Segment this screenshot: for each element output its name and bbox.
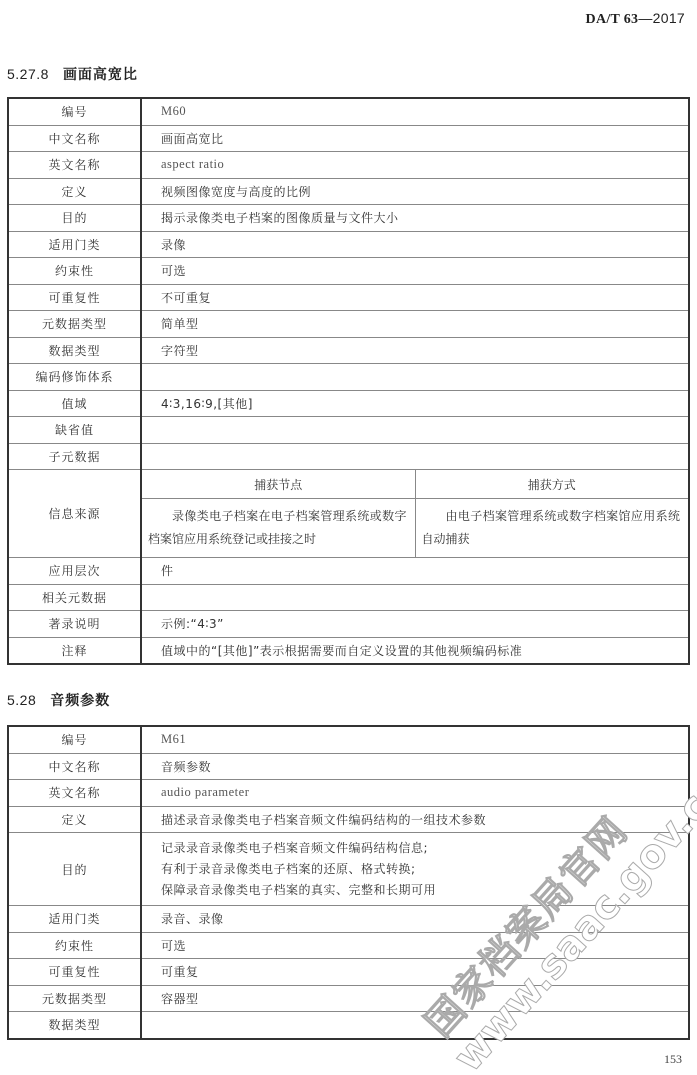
table-row: 约束性可选 (8, 932, 689, 959)
field-label: 信息来源 (8, 470, 141, 558)
field-label: 适用门类 (8, 906, 141, 933)
field-value: 记录录音录像类电子档案音频文件编码结构信息;有利于录音录像类电子档案的还原、格式… (141, 833, 689, 906)
table-row: 缺省值 (8, 417, 689, 444)
field-label: 目的 (8, 205, 141, 232)
field-value: 容器型 (141, 985, 689, 1012)
field-value: 4∶3,16∶9,[其他] (141, 390, 689, 417)
purpose-line: 有利于录音录像类电子档案的还原、格式转换; (161, 859, 688, 880)
field-label: 数据类型 (8, 337, 141, 364)
table-row: 适用门类录像 (8, 231, 689, 258)
field-value: 画面高宽比 (141, 125, 689, 152)
field-label: 著录说明 (8, 611, 141, 638)
field-label: 中文名称 (8, 125, 141, 152)
field-value: 可重复 (141, 959, 689, 986)
table-row-purpose: 目的记录录音录像类电子档案音频文件编码结构信息;有利于录音录像类电子档案的还原、… (8, 833, 689, 906)
table-row: 中文名称音频参数 (8, 753, 689, 780)
field-value: 示例:“4∶3” (141, 611, 689, 638)
field-label: 定义 (8, 806, 141, 833)
section-heading-5-27-8: 5.27.8画面高宽比 (7, 64, 138, 84)
field-value: 不可重复 (141, 284, 689, 311)
field-value: M60 (141, 98, 689, 125)
field-value: 值域中的“[其他]”表示根据需要而自定义设置的其他视频编码标准 (141, 637, 689, 664)
table-row: 相关元数据 (8, 584, 689, 611)
subheader-capture-method: 捕获方式 (415, 470, 688, 499)
table-row: 注释值域中的“[其他]”表示根据需要而自定义设置的其他视频编码标准 (8, 637, 689, 664)
field-value (141, 443, 689, 470)
section-title: 音频参数 (50, 693, 110, 709)
field-value: 录像 (141, 231, 689, 258)
field-label: 适用门类 (8, 231, 141, 258)
field-label: 可重复性 (8, 284, 141, 311)
table-row: 目的揭示录像类电子档案的图像质量与文件大小 (8, 205, 689, 232)
field-label: 编号 (8, 98, 141, 125)
field-label: 中文名称 (8, 753, 141, 780)
field-label: 约束性 (8, 258, 141, 285)
capture-node-value: 录像类电子档案在电子档案管理系统或数字档案馆应用系统登记或挂接之时 (142, 499, 415, 558)
table-row: 可重复性可重复 (8, 959, 689, 986)
table-row: 数据类型 (8, 1012, 689, 1039)
field-label: 元数据类型 (8, 311, 141, 338)
field-value: M61 (141, 726, 689, 753)
field-label: 子元数据 (8, 443, 141, 470)
field-label: 约束性 (8, 932, 141, 959)
subheader-capture-node: 捕获节点 (142, 470, 415, 499)
metadata-table-m61: 编号M61中文名称音频参数英文名称audio parameter定义描述录音录像… (7, 725, 690, 1040)
field-label: 元数据类型 (8, 985, 141, 1012)
field-value (141, 364, 689, 391)
table-row: 元数据类型容器型 (8, 985, 689, 1012)
field-value: 件 (141, 558, 689, 585)
table-row: 著录说明示例:“4∶3” (8, 611, 689, 638)
purpose-line: 保障录音录像类电子档案的真实、完整和长期可用 (161, 880, 688, 901)
table-row: 英文名称audio parameter (8, 780, 689, 807)
field-label: 注释 (8, 637, 141, 664)
table-row: 值域4∶3,16∶9,[其他] (8, 390, 689, 417)
field-label: 相关元数据 (8, 584, 141, 611)
field-label: 定义 (8, 178, 141, 205)
metadata-table-m60: 编号M60中文名称画面高宽比英文名称aspect ratio定义视频图像宽度与高… (7, 97, 690, 665)
section-number: 5.28 (7, 692, 36, 708)
field-label: 英文名称 (8, 780, 141, 807)
info-source-subtable: 捕获节点捕获方式录像类电子档案在电子档案管理系统或数字档案馆应用系统登记或挂接之… (141, 470, 689, 558)
table-row: 适用门类录音、录像 (8, 906, 689, 933)
field-label: 值域 (8, 390, 141, 417)
table-row: 定义视频图像宽度与高度的比例 (8, 178, 689, 205)
table-row: 可重复性不可重复 (8, 284, 689, 311)
field-value: 可选 (141, 258, 689, 285)
field-label: 应用层次 (8, 558, 141, 585)
table-row: 子元数据 (8, 443, 689, 470)
capture-method-value: 由电子档案管理系统或数字档案馆应用系统自动捕获 (415, 499, 688, 558)
table-row: 编号M61 (8, 726, 689, 753)
section-title: 画面高宽比 (63, 67, 138, 83)
field-label: 目的 (8, 833, 141, 906)
standard-code: DA/T 63—2017 (586, 10, 685, 28)
field-value: 字符型 (141, 337, 689, 364)
field-value (141, 1012, 689, 1039)
table-row: 应用层次件 (8, 558, 689, 585)
field-label: 编号 (8, 726, 141, 753)
field-label: 可重复性 (8, 959, 141, 986)
standard-year: —2017 (638, 10, 685, 26)
field-label: 英文名称 (8, 152, 141, 179)
field-value: aspect ratio (141, 152, 689, 179)
table-row: 编码修饰体系 (8, 364, 689, 391)
table-row: 定义描述录音录像类电子档案音频文件编码结构的一组技术参数 (8, 806, 689, 833)
table-row: 约束性可选 (8, 258, 689, 285)
section-number: 5.27.8 (7, 66, 49, 82)
field-label: 数据类型 (8, 1012, 141, 1039)
field-value: 视频图像宽度与高度的比例 (141, 178, 689, 205)
field-value: 描述录音录像类电子档案音频文件编码结构的一组技术参数 (141, 806, 689, 833)
field-value (141, 584, 689, 611)
field-value: audio parameter (141, 780, 689, 807)
section-heading-5-28: 5.28音频参数 (7, 690, 110, 710)
field-value: 揭示录像类电子档案的图像质量与文件大小 (141, 205, 689, 232)
table-row-info-source: 信息来源捕获节点捕获方式录像类电子档案在电子档案管理系统或数字档案馆应用系统登记… (8, 470, 689, 558)
table-row: 编号M60 (8, 98, 689, 125)
table-row: 元数据类型简单型 (8, 311, 689, 338)
field-value (141, 417, 689, 444)
table-row: 英文名称aspect ratio (8, 152, 689, 179)
purpose-line: 记录录音录像类电子档案音频文件编码结构信息; (161, 838, 688, 859)
page-number: 153 (664, 1052, 682, 1067)
field-value: 简单型 (141, 311, 689, 338)
table-row: 数据类型字符型 (8, 337, 689, 364)
field-label: 编码修饰体系 (8, 364, 141, 391)
field-label: 缺省值 (8, 417, 141, 444)
field-value: 可选 (141, 932, 689, 959)
table-row: 中文名称画面高宽比 (8, 125, 689, 152)
field-value: 录音、录像 (141, 906, 689, 933)
standard-code-label: DA/T 63 (586, 12, 639, 27)
field-value: 音频参数 (141, 753, 689, 780)
